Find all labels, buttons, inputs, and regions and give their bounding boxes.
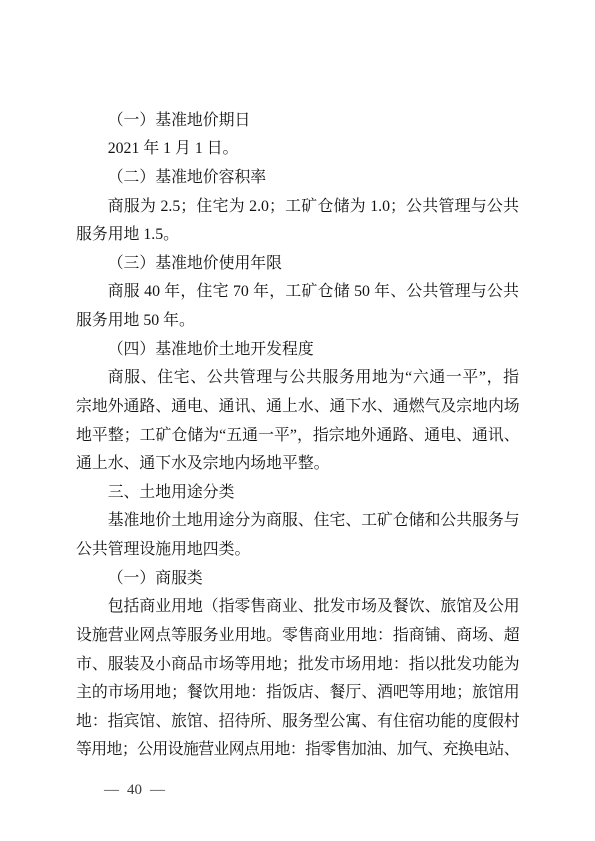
text-line: 通上水、通下水及宗地内场地平整。 bbox=[76, 450, 519, 479]
text-line: 主的市场用地；餐饮用地：指饭店、餐厅、酒吧等用地；旅馆用 bbox=[76, 679, 519, 708]
text-line: 三、土地用途分类 bbox=[76, 479, 519, 508]
text-line: （四）基准地价土地开发程度 bbox=[76, 336, 519, 365]
subheading-commercial: （一）商服类 bbox=[76, 565, 519, 594]
page-number-dash-right: — bbox=[150, 780, 165, 800]
text-line: 设施营业网点等服务业用地。零售商业用地：指商铺、商场、超 bbox=[76, 622, 519, 651]
text-line: 公共管理设施用地四类。 bbox=[76, 536, 519, 565]
paragraph-development-level: 商服、住宅、公共管理与公共服务用地为“六通一平”，指 宗地外通路、通电、通讯、通… bbox=[76, 364, 519, 479]
section-heading-land-use: 三、土地用途分类 bbox=[76, 479, 519, 508]
paragraph-commercial: 包括商业用地（指零售商业、批发市场及餐饮、旅馆及公用 设施营业网点等服务业用地。… bbox=[76, 593, 519, 765]
text-line: 服务用地 50 年。 bbox=[76, 307, 519, 336]
paragraph-use-term: 商服 40 年，住宅 70 年，工矿仓储 50 年、公共管理与公共 服务用地 5… bbox=[76, 278, 519, 335]
subheading-base-date: （一）基准地价期日 bbox=[76, 107, 519, 136]
subheading-development-level: （四）基准地价土地开发程度 bbox=[76, 336, 519, 365]
subheading-use-term: （三）基准地价使用年限 bbox=[76, 250, 519, 279]
paragraph-base-date: 2021 年 1 月 1 日。 bbox=[76, 135, 519, 164]
page-number-dash-left: — bbox=[104, 780, 119, 800]
body-text: （一）基准地价期日 2021 年 1 月 1 日。 （二）基准地价容积率 商服为… bbox=[76, 107, 519, 765]
text-line: 市、服装及小商品市场等用地；批发市场用地：指以批发功能为 bbox=[76, 651, 519, 680]
text-line: 等用地；公用设施营业网点用地：指零售加油、加气、充换电站、 bbox=[76, 736, 519, 765]
text-line: （二）基准地价容积率 bbox=[76, 164, 519, 193]
text-line: 商服 40 年，住宅 70 年，工矿仓储 50 年、公共管理与公共 bbox=[76, 278, 519, 307]
text-line: 基准地价土地用途分为商服、住宅、工矿仓储和公共服务与 bbox=[76, 507, 519, 536]
text-line: 包括商业用地（指零售商业、批发市场及餐饮、旅馆及公用 bbox=[76, 593, 519, 622]
text-line: 2021 年 1 月 1 日。 bbox=[76, 135, 519, 164]
page-number-value: 40 bbox=[127, 780, 142, 800]
text-line: 服务用地 1.5。 bbox=[76, 221, 519, 250]
paragraph-land-use: 基准地价土地用途分为商服、住宅、工矿仓储和公共服务与 公共管理设施用地四类。 bbox=[76, 507, 519, 564]
text-line: （三）基准地价使用年限 bbox=[76, 250, 519, 279]
text-line: （一）商服类 bbox=[76, 565, 519, 594]
text-line: （一）基准地价期日 bbox=[76, 107, 519, 136]
text-line: 商服为 2.5；住宅为 2.0；工矿仓储为 1.0；公共管理与公共 bbox=[76, 193, 519, 222]
page-number: — 40 — bbox=[104, 780, 165, 800]
text-line: 地平整；工矿仓储为“五通一平”，指宗地外通路、通电、通讯、 bbox=[76, 422, 519, 451]
subheading-plot-ratio: （二）基准地价容积率 bbox=[76, 164, 519, 193]
text-line: 商服、住宅、公共管理与公共服务用地为“六通一平”，指 bbox=[76, 364, 519, 393]
text-line: 宗地外通路、通电、通讯、通上水、通下水、通燃气及宗地内场 bbox=[76, 393, 519, 422]
text-line: 地：指宾馆、旅馆、招待所、服务型公寓、有住宿功能的度假村 bbox=[76, 708, 519, 737]
paragraph-plot-ratio: 商服为 2.5；住宅为 2.0；工矿仓储为 1.0；公共管理与公共 服务用地 1… bbox=[76, 193, 519, 250]
document-page: （一）基准地价期日 2021 年 1 月 1 日。 （二）基准地价容积率 商服为… bbox=[0, 0, 595, 841]
